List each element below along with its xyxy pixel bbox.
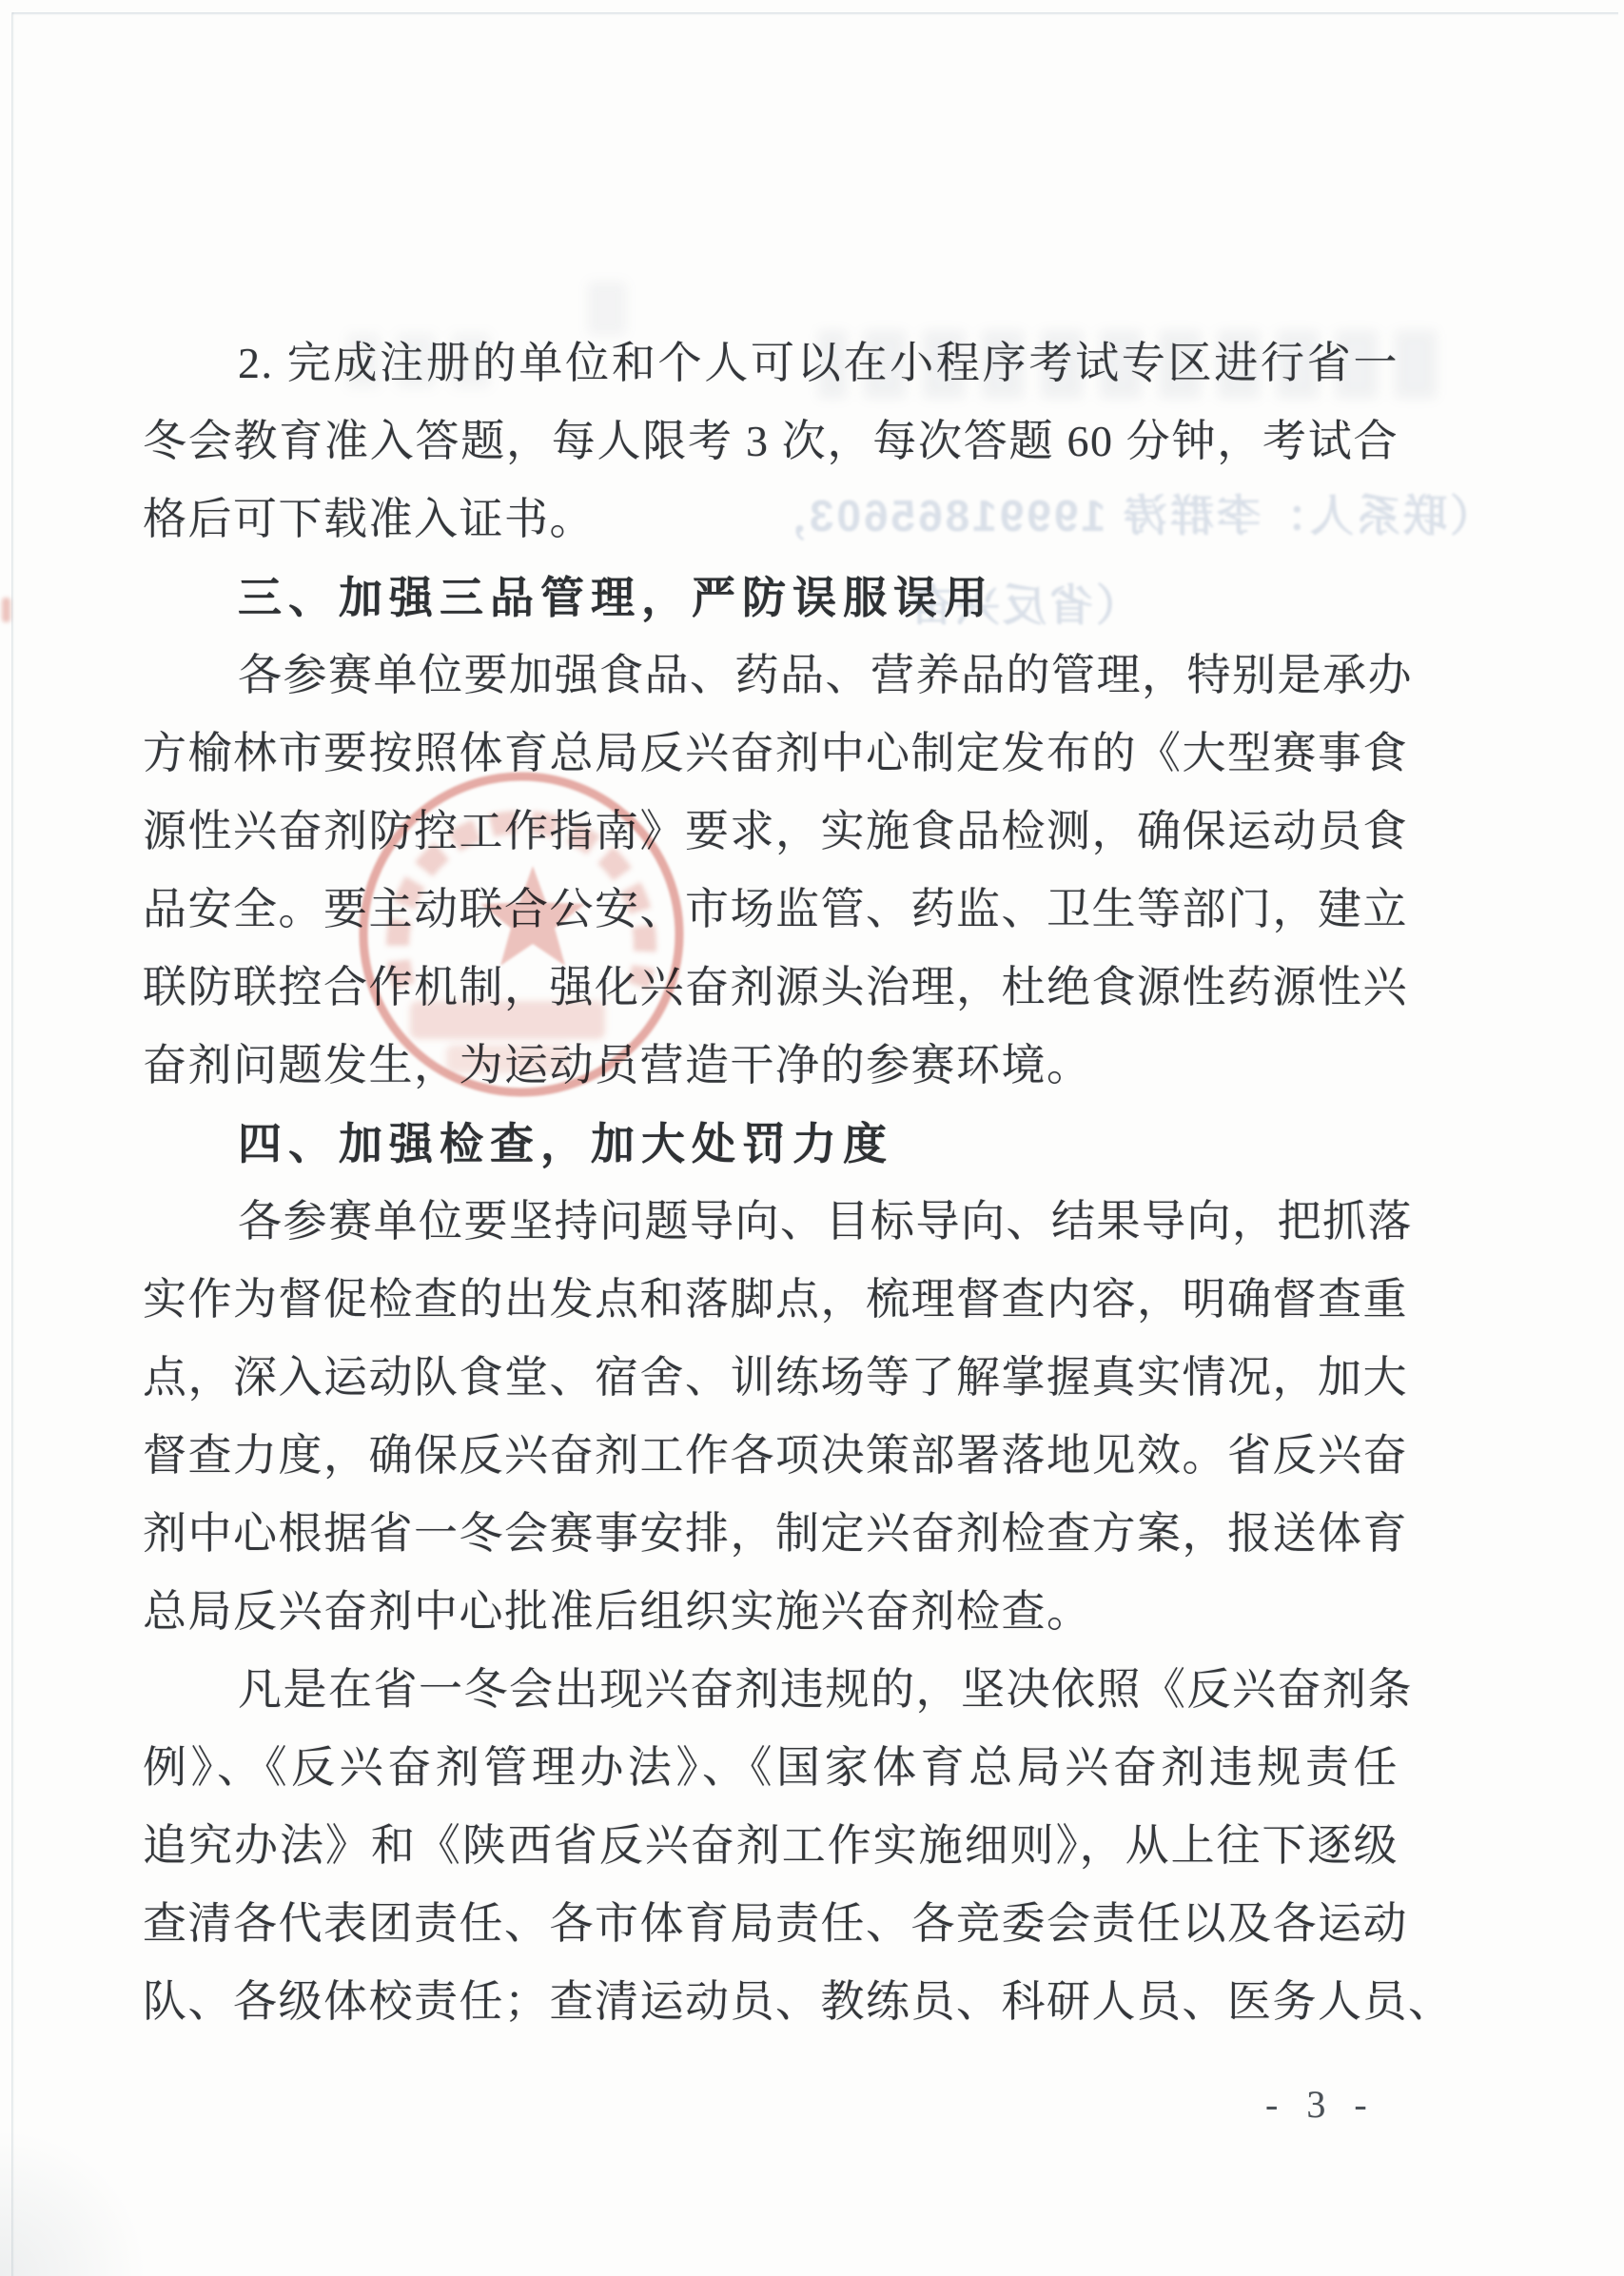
section-heading: 四、加强检查，加大处罚力度 — [143, 1105, 1399, 1183]
scan-edge-top — [12, 12, 1618, 15]
text-line: 凡是在省一冬会出现兴奋剂违规的，坚决依照《反兴奋剂条 — [143, 1651, 1399, 1729]
text-line: 冬会教育准入答题，每人限考 3 次，每次答题 60 分钟，考试合 — [143, 402, 1399, 481]
text-line: 总局反兴奋剂中心批准后组织实施兴奋剂检查。 — [143, 1573, 1399, 1651]
text-line: 队、各级体校责任；查清运动员、教练员、科研人员、医务人员、 — [143, 1963, 1399, 2041]
text-line: 查清各代表团责任、各市体育局责任、各竞委会责任以及各运动 — [143, 1885, 1399, 1963]
text-line: 联防联控合作机制，强化兴奋剂源头治理，杜绝食源性药源性兴 — [143, 949, 1399, 1027]
ink-speck — [2, 598, 10, 622]
scanned-document-page: （联系人：李群涛 19991865603， （省反兴奋 2. 完成注册的单位和个… — [0, 0, 1624, 2276]
text-line: 各参赛单位要加强食品、药品、营养品的管理，特别是承办 — [143, 637, 1399, 715]
section-heading: 三、加强三品管理，严防误服误用 — [143, 559, 1399, 637]
text-line: 各参赛单位要坚持问题导向、目标导向、结果导向，把抓落 — [143, 1183, 1399, 1261]
document-body: 2. 完成注册的单位和个人可以在小程序考试专区进行省一冬会教育准入答题，每人限考… — [143, 324, 1399, 2041]
text-line: 督查力度，确保反兴奋剂工作各项决策部署落地见效。省反兴奋 — [143, 1417, 1399, 1495]
text-line: 格后可下载准入证书。 — [143, 481, 1399, 559]
text-line: 剂中心根据省一冬会赛事安排，制定兴奋剂检查方案，报送体育 — [143, 1495, 1399, 1573]
text-line: 方榆林市要按照体育总局反兴奋剂中心制定发布的《大型赛事食 — [143, 715, 1399, 793]
scan-corner-shadow — [0, 2133, 152, 2276]
text-line: 品安全。要主动联合公安、市场监管、药监、卫生等部门，建立 — [143, 871, 1399, 949]
text-line: 点，深入运动队食堂、宿舍、训练场等了解掌握真实情况，加大 — [143, 1339, 1399, 1417]
text-line: 源性兴奋剂防控工作指南》要求，实施食品检测，确保运动员食 — [143, 793, 1399, 871]
text-line: 奋剂问题发生，为运动员营造干净的参赛环境。 — [143, 1027, 1399, 1105]
text-line: 追究办法》和《陕西省反兴奋剂工作实施细则》，从上往下逐级 — [143, 1807, 1399, 1885]
text-line: 2. 完成注册的单位和个人可以在小程序考试专区进行省一 — [143, 324, 1399, 402]
text-line: 实作为督促检查的出发点和落脚点，梳理督查内容，明确督查重 — [143, 1261, 1399, 1339]
text-line: 例》、《反兴奋剂管理办法》、《国家体育总局兴奋剂违规责任 — [143, 1729, 1399, 1807]
page-number: - 3 - — [1265, 2082, 1456, 2127]
scan-edge-left — [11, 12, 14, 2276]
